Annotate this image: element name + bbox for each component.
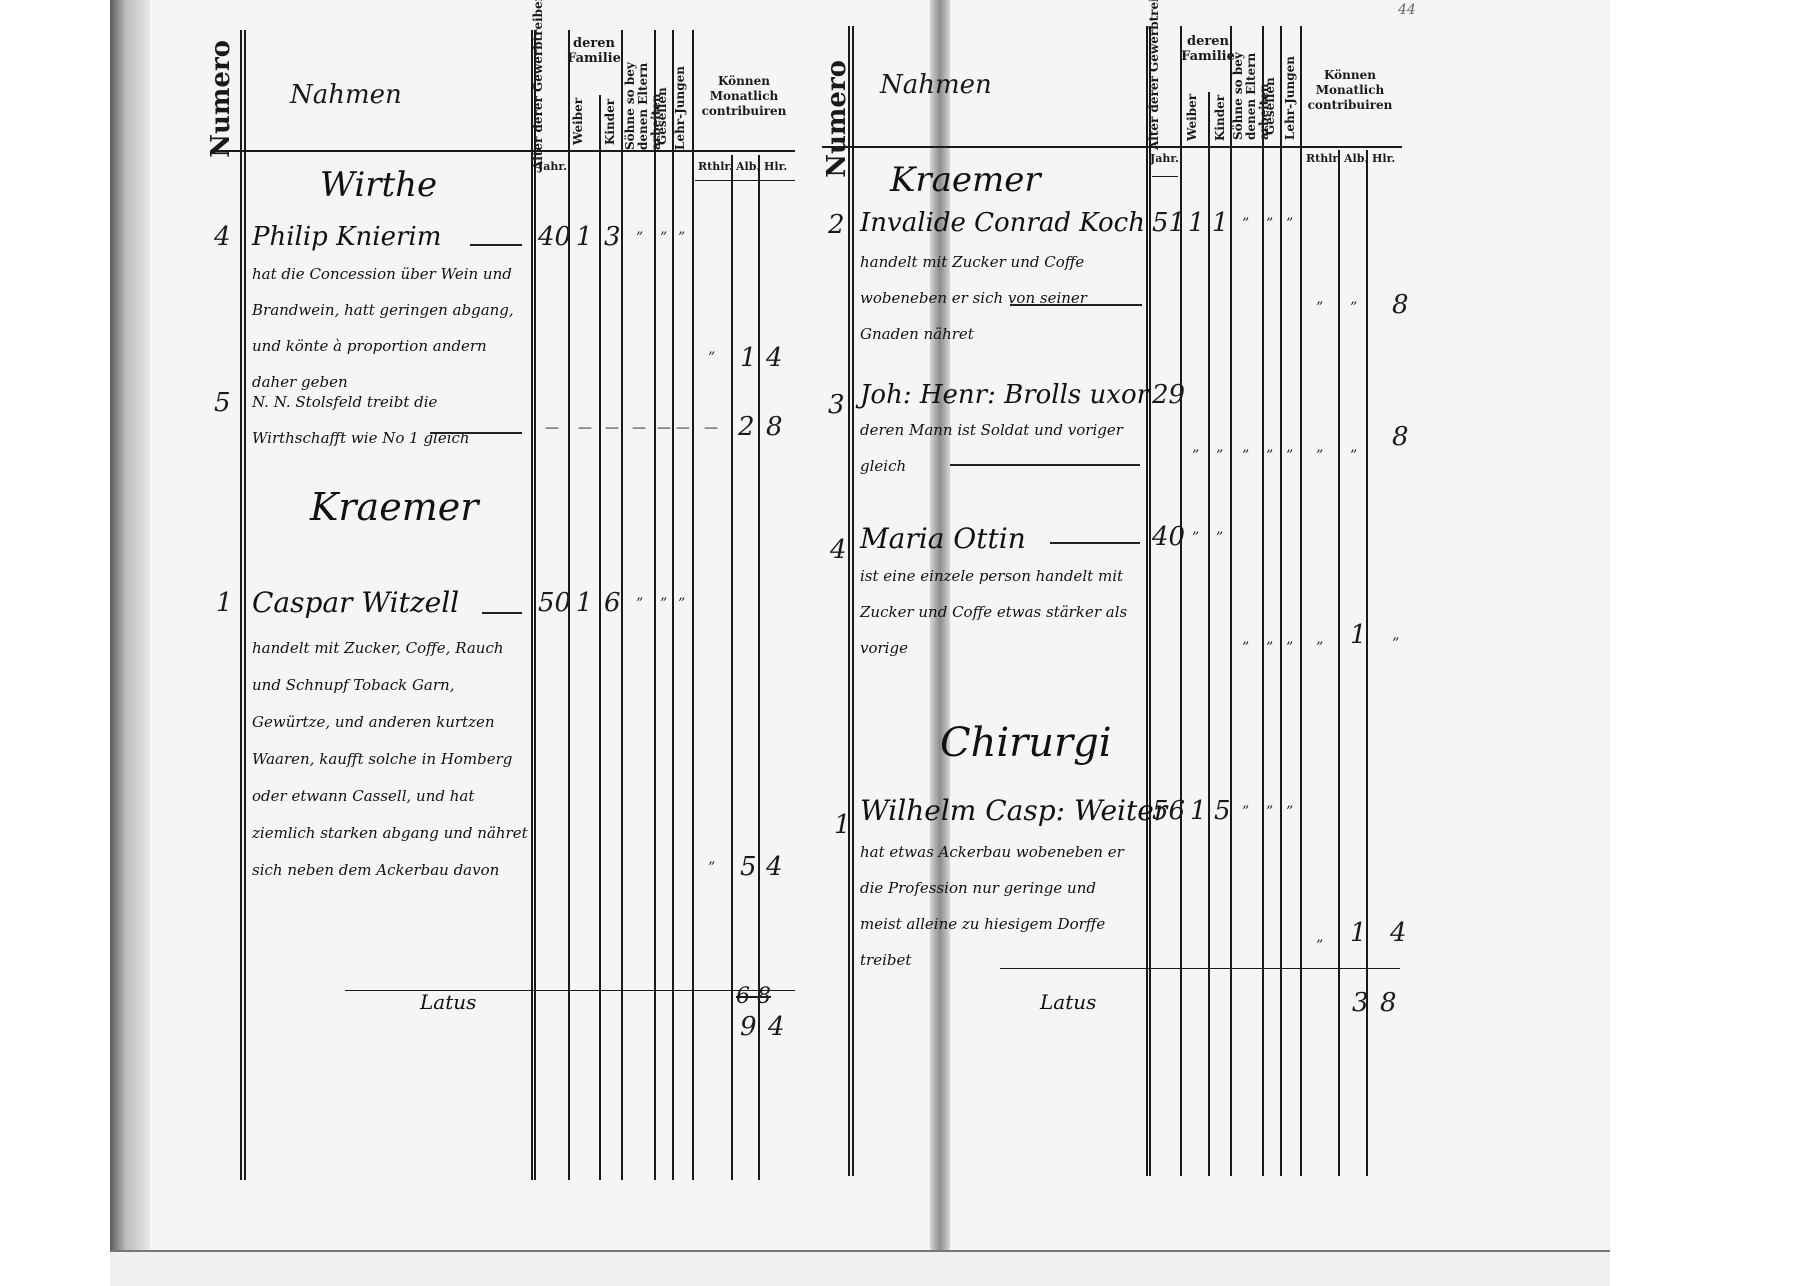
column-rule: [599, 95, 601, 1180]
entry-soehne: ”: [1242, 804, 1249, 820]
header-kinder: Kinder: [604, 100, 617, 145]
entry-gesellen: ”: [1266, 804, 1273, 820]
column-rule: [1300, 26, 1302, 1176]
entry-age: 56: [1152, 796, 1185, 826]
entry-numero: 3: [828, 390, 845, 420]
entry-alb: 5: [740, 852, 757, 882]
entry-name: Invalide Conrad Koch: [860, 208, 1145, 238]
column-rule: [672, 30, 674, 1180]
header-gesellen: Gesellen: [1264, 90, 1277, 135]
column-rule: [621, 30, 623, 1180]
column-rule: [1262, 26, 1264, 1176]
entry-rthlr: ”: [1316, 300, 1323, 316]
entry-weiber: —: [578, 420, 592, 436]
entry-soehne: ”: [1242, 216, 1249, 232]
section-heading-chirurgi: Chirurgi: [940, 720, 1112, 766]
entry-soehne: —: [632, 420, 646, 436]
entry-weiber: 1: [1188, 208, 1205, 238]
unit-rule: [1152, 176, 1178, 177]
unit-jahr: Jahr.: [538, 160, 567, 173]
book-binding: [110, 0, 150, 1250]
entry-soehne: ”: [1242, 448, 1249, 464]
column-rule: [692, 30, 694, 1180]
entry-rthlr: —: [704, 420, 718, 436]
entry-description: ist eine einzele person handelt mit Zuck…: [860, 558, 1142, 666]
entry-numero: 4: [214, 222, 231, 252]
entry-alb: 1: [740, 343, 757, 373]
entry-numero: 2: [828, 210, 845, 240]
dash: [482, 612, 522, 614]
entry-lehrjungen: ”: [678, 596, 685, 612]
column-rule: [1146, 26, 1148, 1176]
header-deren-familie: deren Familie: [566, 36, 622, 66]
header-weiber: Weiber: [1186, 96, 1199, 141]
dash: [1050, 542, 1140, 544]
dash: [430, 432, 522, 434]
header-contribuiren: Können Monatlich contribuiren: [1300, 68, 1400, 113]
unit-rule: [695, 180, 795, 181]
latus-hlr: 8: [1380, 988, 1397, 1018]
entry-name: Wilhelm Casp: Weiter: [860, 794, 1167, 827]
header-rule: [215, 150, 795, 152]
entry-alb: ”: [1350, 448, 1357, 464]
entry-hlr: ”: [1392, 636, 1399, 652]
latus-alb: 3: [1352, 988, 1369, 1018]
column-rule: [534, 30, 536, 1180]
column-rule: [758, 155, 760, 1180]
entry-hlr: 8: [1392, 290, 1409, 320]
entry-kinder: ”: [1216, 448, 1223, 464]
unit-alb: Alb.: [1344, 152, 1368, 165]
entry-numero: 1: [216, 588, 233, 618]
entry-soehne: ”: [636, 230, 643, 246]
column-rule: [244, 30, 246, 1180]
entry-soehne: ”: [636, 596, 643, 612]
entry-hlr: 4: [1390, 918, 1407, 948]
column-rule: [731, 155, 733, 1180]
unit-rthlr: Rthlr.: [1306, 152, 1341, 165]
latus-alb: 9: [740, 1012, 757, 1042]
entry-numero: 4: [830, 535, 847, 565]
entry-gesellen: ”: [660, 230, 667, 246]
latus-label: Latus: [1040, 990, 1096, 1014]
entry-alb: ”: [1350, 300, 1357, 316]
entry-description: handelt mit Zucker, Coffe, Rauch und Sch…: [252, 630, 530, 889]
column-rule: [1280, 26, 1282, 1176]
entry-name: Maria Ottin: [860, 522, 1026, 555]
header-deren-familie: deren Familie: [1180, 34, 1236, 64]
section-heading-kraemer: Kraemer: [310, 485, 478, 529]
entry-description: handelt mit Zucker und Coffe wobeneben e…: [860, 244, 1142, 352]
entry-hlr: 8: [1392, 422, 1409, 452]
latus-rule: [345, 990, 795, 991]
entry-gesellen: ”: [1266, 640, 1273, 656]
dash: [470, 244, 522, 246]
header-contribuiren: Können Monatlich contribuiren: [694, 74, 794, 119]
entry-weiber: 1: [1190, 796, 1207, 826]
left-page: [150, 0, 930, 1250]
column-rule: [531, 30, 533, 1180]
entry-name: N. N. Stolsfeld: [252, 393, 362, 411]
numero-column-label: Numero: [206, 40, 236, 158]
entry-age: 40: [538, 222, 571, 252]
header-soehne: Söhne so bey denen Eltern arbeiten: [1232, 20, 1260, 140]
section-heading-wirthe: Wirthe: [320, 165, 437, 205]
entry-name: Joh: Henr: Brolls uxor: [860, 380, 1149, 410]
header-gesellen: Gesellen: [656, 100, 669, 145]
entry-name: Philip Knierim: [252, 222, 441, 252]
entry-rthlr: ”: [708, 350, 715, 366]
latus-hlr: 4: [768, 1012, 785, 1042]
entry-name-and-description: N. N. Stolsfeld treibt die Wirthschafft …: [252, 384, 530, 456]
header-soehne: Söhne so bey denen Eltern arbeiten: [624, 30, 652, 150]
entry-rthlr: ”: [1316, 938, 1323, 954]
dash: [1010, 304, 1142, 306]
column-rule: [1230, 26, 1232, 1176]
entry-numero: 1: [834, 810, 851, 840]
entry-hlr: 4: [766, 343, 783, 373]
latus-label: Latus: [420, 990, 476, 1014]
entry-gesellen: ”: [1266, 216, 1273, 232]
entry-kinder: 3: [604, 222, 621, 252]
entry-description: hat etwas Ackerbau wobeneben er die Prof…: [860, 834, 1142, 978]
entry-rthlr: ”: [1316, 640, 1323, 656]
entry-numero: 5: [214, 388, 231, 418]
column-rule: [1366, 150, 1368, 1176]
entry-gesellen: —: [657, 420, 671, 436]
entry-weiber: 1: [576, 588, 593, 618]
entry-kinder: ”: [1216, 530, 1223, 546]
header-kinder: Kinder: [1214, 96, 1227, 141]
unit-alb: Alb.: [736, 160, 760, 173]
entry-lehrjungen: ”: [1286, 448, 1293, 464]
page-bottom-edge: [110, 1250, 1610, 1286]
name-column-title: Nahmen: [290, 80, 402, 110]
entry-kinder: 6: [604, 588, 621, 618]
latus-struck-value: 6 8: [736, 984, 771, 1009]
page-number: 44: [1398, 2, 1416, 18]
entry-gesellen: ”: [660, 596, 667, 612]
entry-alb: 1: [1350, 918, 1367, 948]
unit-hlr: Hlr.: [1372, 152, 1395, 165]
unit-rthlr: Rthlr.: [698, 160, 733, 173]
entry-soehne: ”: [1242, 640, 1249, 656]
entry-alb: 1: [1350, 620, 1367, 650]
entry-kinder: 5: [1214, 796, 1231, 826]
column-rule: [240, 30, 242, 1180]
entry-lehrjungen: ”: [1286, 216, 1293, 232]
unit-jahr: Jahr.: [1150, 152, 1179, 165]
name-column-title: Nahmen: [880, 70, 992, 100]
entry-lehrjungen: ”: [1286, 804, 1293, 820]
entry-description: hat die Concession über Wein und Brandwe…: [252, 256, 530, 400]
entry-hlr: 4: [766, 852, 783, 882]
section-heading-kraemer: Kraemer: [890, 160, 1041, 200]
entry-lehrjungen: ”: [1286, 640, 1293, 656]
column-rule: [1180, 26, 1182, 1176]
entry-weiber: 1: [576, 222, 593, 252]
entry-weiber: ”: [1192, 530, 1199, 546]
header-weiber: Weiber: [572, 100, 585, 145]
entry-hlr: 8: [766, 412, 783, 442]
entry-kinder: —: [605, 420, 619, 436]
header-rule: [822, 146, 1402, 148]
entry-age: 29: [1152, 380, 1185, 410]
entry-description: deren Mann ist Soldat und voriger gleich: [860, 412, 1142, 484]
entry-name: Caspar Witzell: [252, 586, 459, 619]
entry-alb: 2: [738, 412, 755, 442]
column-rule: [1149, 26, 1151, 1176]
entry-weiber: ”: [1192, 448, 1199, 464]
entry-age: 51: [1152, 208, 1185, 238]
entry-age: 50: [538, 588, 571, 618]
entry-age: 40: [1152, 522, 1185, 552]
column-rule: [654, 30, 656, 1180]
entry-lehrjungen: —: [676, 420, 690, 436]
header-lehrjungen: Lehr-Jungen: [1284, 60, 1297, 140]
entry-lehrjungen: ”: [678, 230, 685, 246]
column-rule: [852, 26, 854, 1176]
unit-hlr: Hlr.: [764, 160, 787, 173]
entry-kinder: 1: [1212, 208, 1229, 238]
entry-age: —: [545, 420, 559, 436]
header-lehrjungen: Lehr-Jungen: [674, 70, 687, 150]
column-rule: [1338, 150, 1340, 1176]
entry-rthlr: ”: [708, 860, 715, 876]
dash: [950, 464, 1140, 466]
column-rule: [1208, 92, 1210, 1176]
column-rule: [848, 26, 850, 1176]
entry-gesellen: ”: [1266, 448, 1273, 464]
entry-rthlr: ”: [1316, 448, 1323, 464]
